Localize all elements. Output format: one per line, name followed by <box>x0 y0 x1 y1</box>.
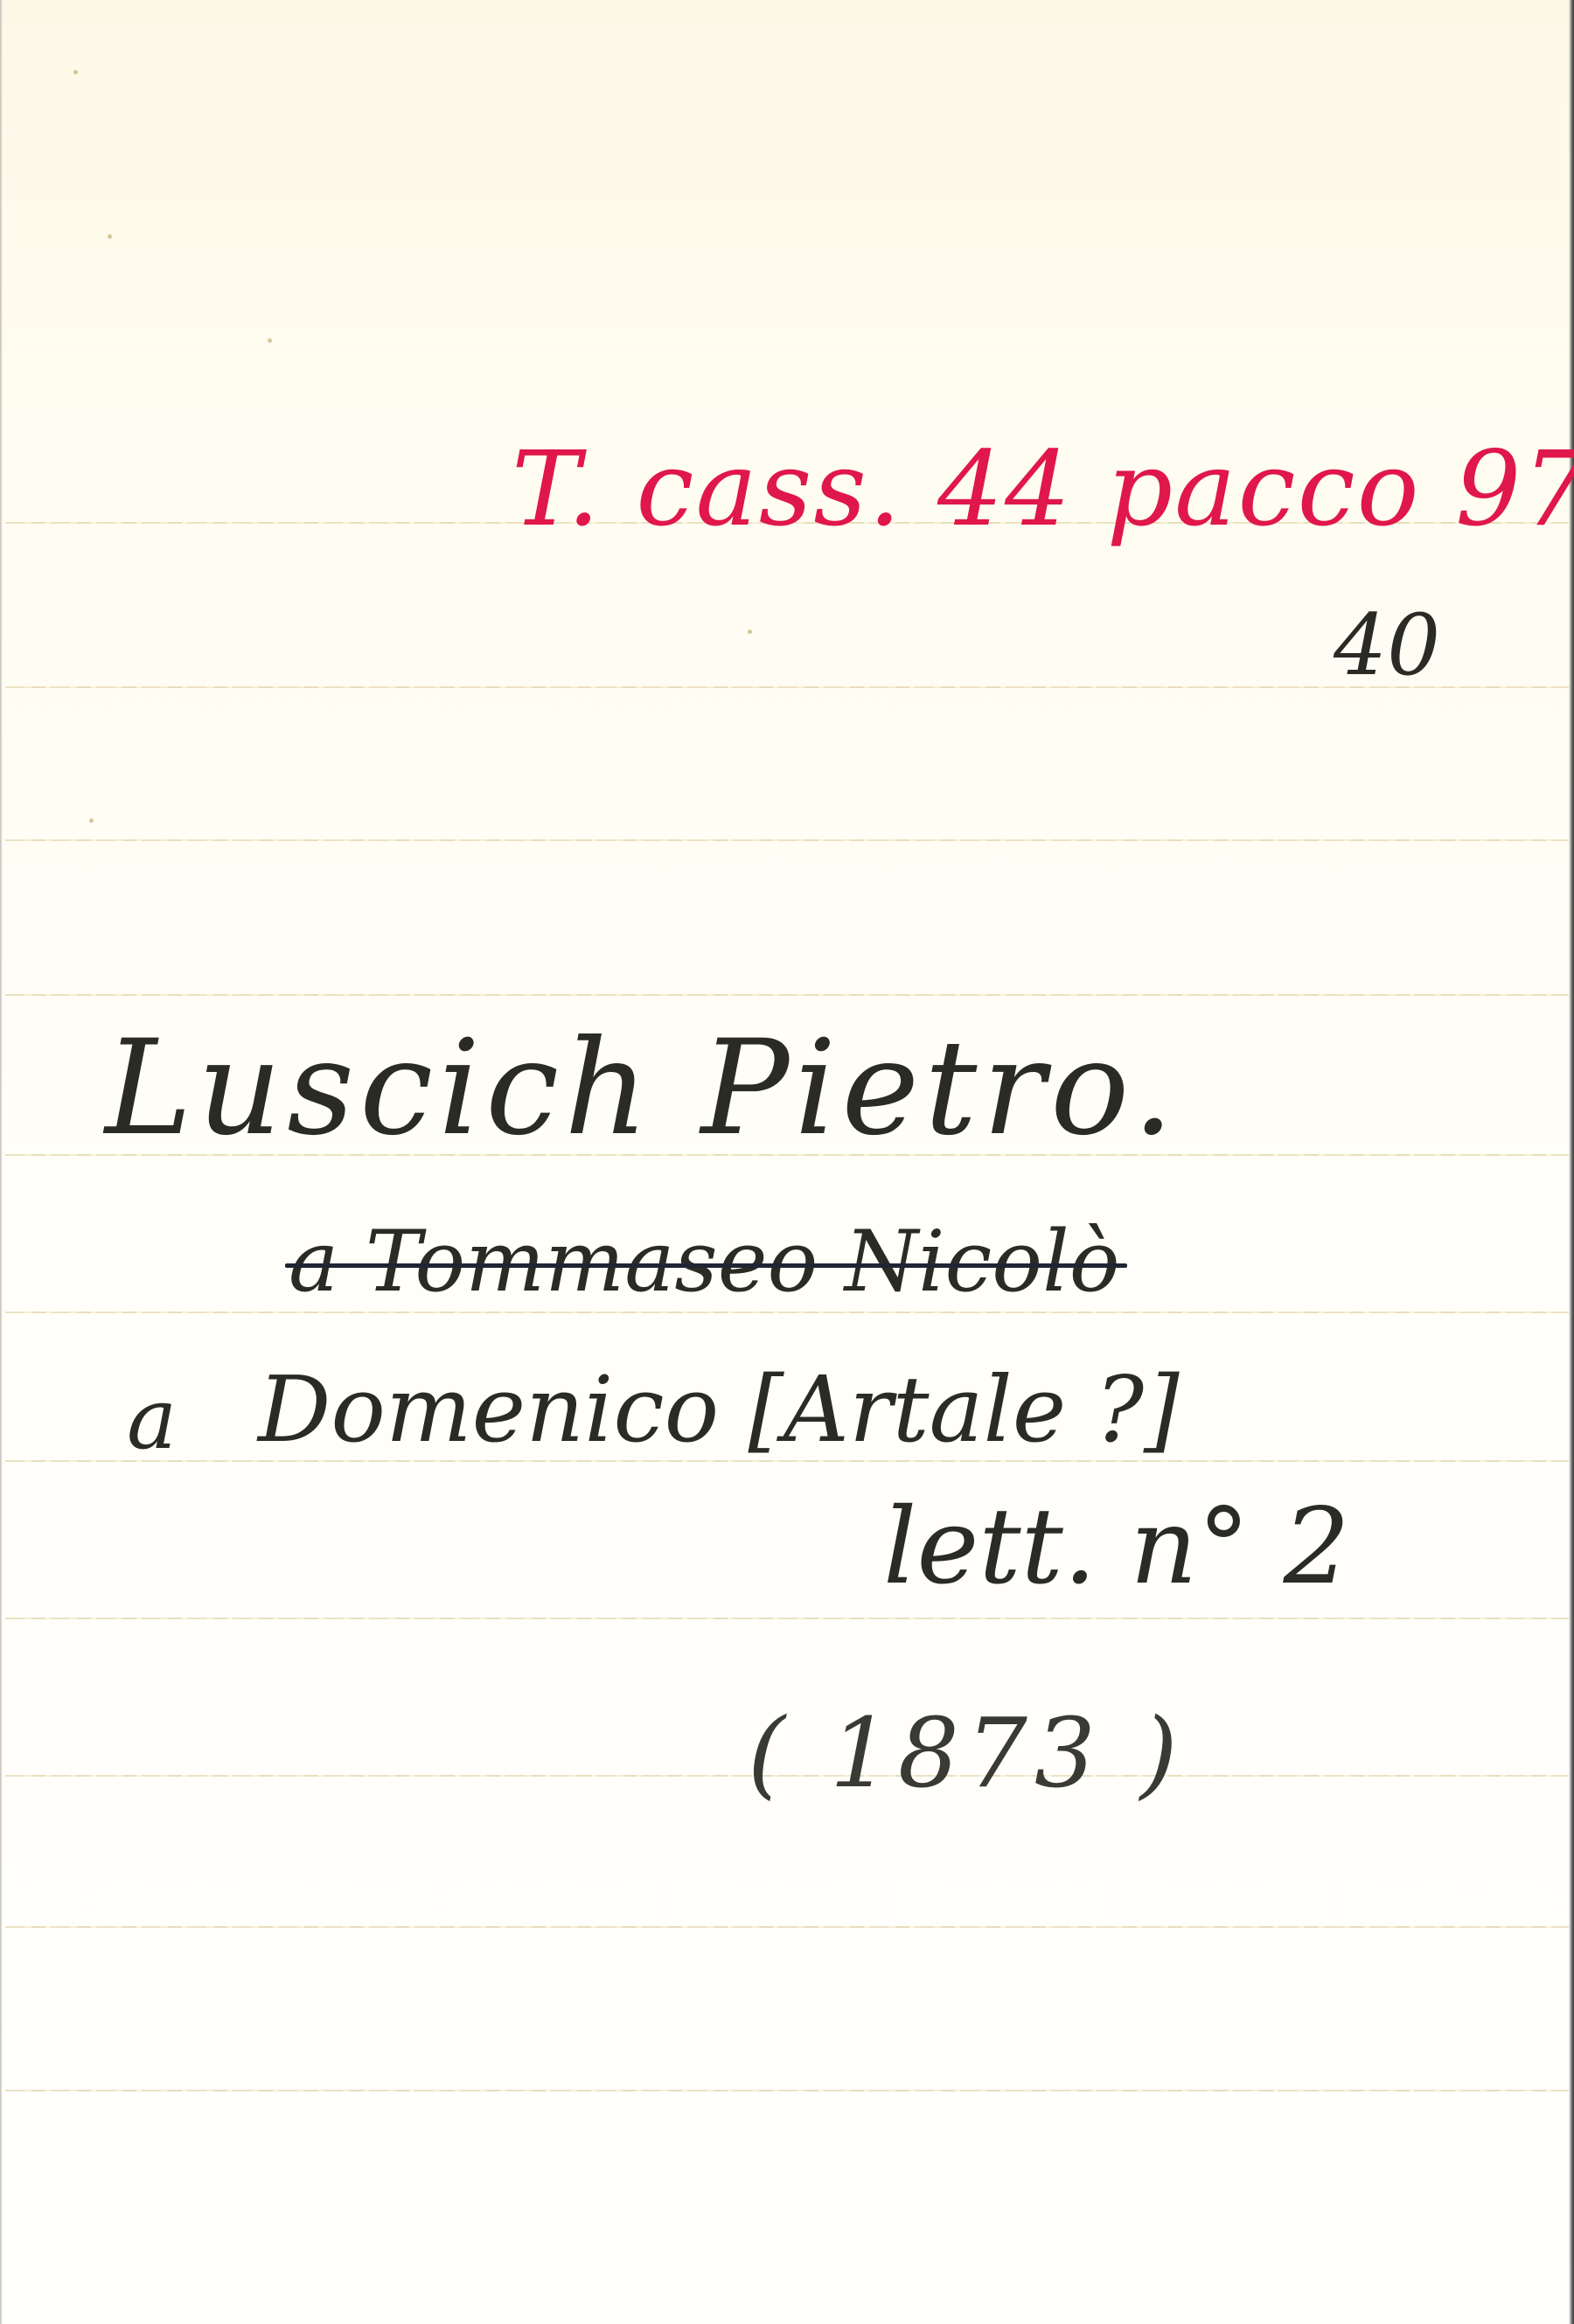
letters-count: lett. n° 2 <box>883 1495 1350 1600</box>
ruled-line <box>5 1926 1569 1928</box>
ruled-line <box>5 839 1569 841</box>
paper-speck <box>89 818 94 823</box>
card-right-edge <box>1569 0 1574 2324</box>
author-name: Luscich Pietro. <box>105 1023 1179 1154</box>
year: ( 1873 ) <box>748 1705 1185 1801</box>
paper-speck <box>268 338 272 343</box>
ruled-line <box>5 1618 1569 1619</box>
ruled-line <box>5 994 1569 996</box>
shelfmark-number: 40 <box>1334 603 1440 687</box>
recipient-name: Domenico [Artale ?] <box>258 1364 1180 1455</box>
paper-speck <box>108 234 112 239</box>
card-left-edge <box>0 0 3 2324</box>
ruled-line <box>5 2090 1569 2091</box>
paper-speck <box>748 630 752 634</box>
struck-recipient: a Tommaseo Nicolò <box>289 1213 1120 1311</box>
recipient-prefix: a <box>127 1377 177 1461</box>
ruled-line <box>5 1312 1569 1313</box>
shelfmark-text: T. cass. 44 pacco 97. <box>512 437 1574 540</box>
index-card: T. cass. 44 pacco 97. 40 Luscich Pietro.… <box>0 0 1574 2324</box>
paper-speck <box>73 70 78 74</box>
